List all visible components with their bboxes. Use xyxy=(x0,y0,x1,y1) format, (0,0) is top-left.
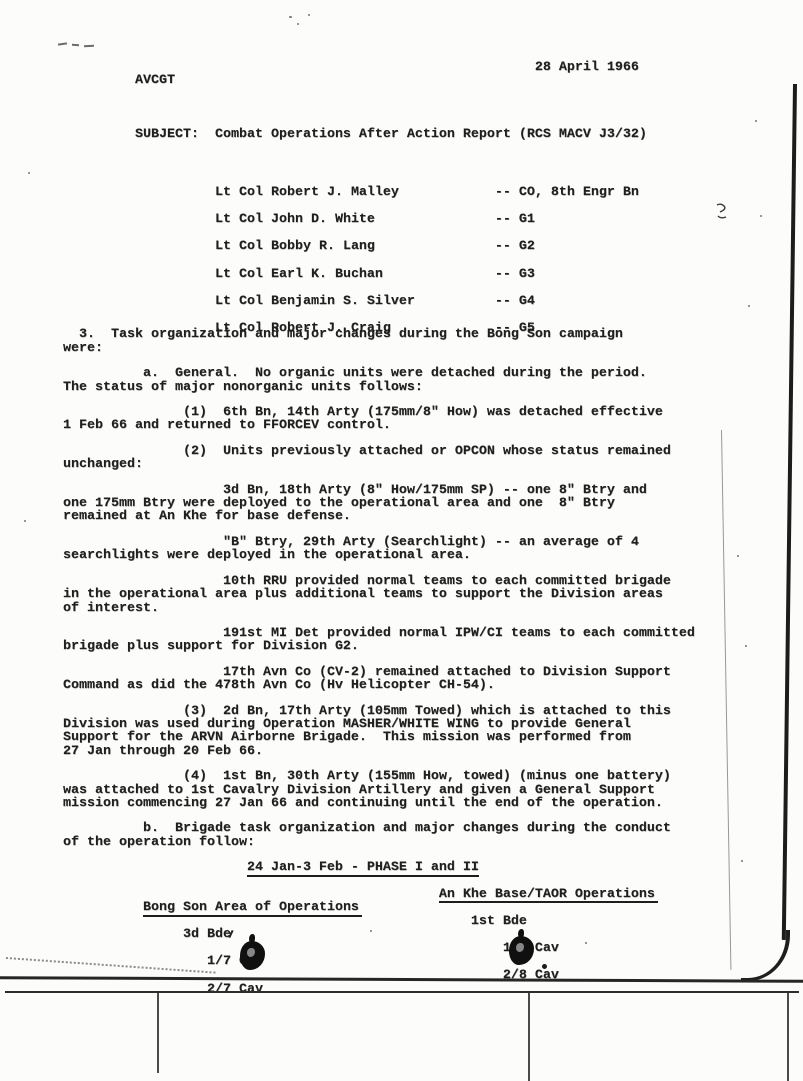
scan-speck xyxy=(28,172,30,174)
scan-speck xyxy=(745,645,747,647)
scan-speck xyxy=(755,120,757,122)
pencil-mark xyxy=(72,44,79,46)
paragraph-3d-bn-18th-arty: 3d Bn, 18th Arty (8" How/175mm SP) -- on… xyxy=(63,484,787,524)
paragraph-10th-rru: 10th RRU provided normal teams to each c… xyxy=(63,575,787,615)
paragraph-a-general: a. General. No organic units were detach… xyxy=(63,367,787,394)
next-page-vertical-line-2 xyxy=(528,993,530,1081)
table-cell: 3d Bde xyxy=(183,927,231,942)
next-page-vertical-line-3 xyxy=(787,993,789,1081)
scan-speck xyxy=(289,16,292,18)
subject-line: SUBJECT: Combat Operations After Action … xyxy=(63,115,787,155)
scan-speck xyxy=(585,942,587,944)
scan-speck xyxy=(748,305,750,307)
paragraph-3-2d-bn-17th-arty: (3) 2d Bn, 17th Arty (105mm Towed) which… xyxy=(63,705,787,759)
scan-speck xyxy=(308,14,310,16)
scan-speck xyxy=(370,930,372,932)
typed-document-body: AVCGT 28 April 1966 SUBJECT: Combat Oper… xyxy=(63,61,787,996)
next-page-vertical-line-1 xyxy=(157,993,159,1073)
scan-speck xyxy=(741,860,743,862)
pencil-mark xyxy=(84,45,94,48)
officer-role: -- G4 xyxy=(495,294,535,309)
column-header-an-khe: An Khe Base/TAOR Operations xyxy=(439,888,658,903)
table-row: 1/7 Cav 1/8 Cav xyxy=(63,942,787,969)
officer-row: Lt Col Bobby R. Lang-- G2 xyxy=(63,227,787,254)
scan-speck xyxy=(737,555,739,557)
officer-row: Lt Col Earl K. Buchan-- G3 xyxy=(63,254,787,281)
officer-row: Lt Col Benjamin S. Silver-- G4 xyxy=(63,281,787,308)
body-paragraphs: 3. Task organization and major changes d… xyxy=(63,328,787,849)
paragraph-2-units-opcon: (2) Units previously attached or OPCON w… xyxy=(63,445,787,472)
officer-role: -- CO, 8th Engr Bn xyxy=(495,185,639,200)
officer-role: -- G2 xyxy=(495,239,535,254)
officer-name: Lt Col Earl K. Buchan xyxy=(215,268,495,281)
paragraph-b-brigade-task-org: b. Brigade task organization and major c… xyxy=(63,822,787,849)
ink-dot xyxy=(542,964,547,969)
officer-name: Lt Col John D. White xyxy=(215,213,495,226)
pencil-mark xyxy=(58,42,67,45)
paragraph-4-1st-bn-30th-arty: (4) 1st Bn, 30th Arty (155mm How, towed)… xyxy=(63,770,787,810)
next-page-top-rule xyxy=(5,991,799,993)
scanned-document-page: AVCGT 28 April 1966 SUBJECT: Combat Oper… xyxy=(0,0,803,1081)
paragraph-task-organization: 3. Task organization and major changes d… xyxy=(63,328,787,355)
scan-speck xyxy=(24,520,26,522)
officer-name: Lt Col Bobby R. Lang xyxy=(215,240,495,253)
paragraph-1-6th-bn: (1) 6th Bn, 14th Arty (175mm/8" How) was… xyxy=(63,406,787,433)
scan-speck xyxy=(297,23,299,25)
officer-name: Lt Col Benjamin S. Silver xyxy=(215,295,495,308)
table-row: 3d Bde 1st Bde xyxy=(63,915,787,942)
officer-roster: Lt Col Robert J. Malley-- CO, 8th Engr B… xyxy=(63,173,787,336)
scan-speck xyxy=(760,215,762,217)
office-symbol: AVCGT xyxy=(135,73,175,88)
table-header-row: Bong Son Area of Operations An Khe Base/… xyxy=(63,888,787,915)
officer-role: -- G1 xyxy=(495,212,535,227)
phase-heading: 24 Jan-3 Feb - PHASE I and II xyxy=(247,861,787,876)
officer-row: Lt Col Robert J. Malley-- CO, 8th Engr B… xyxy=(63,173,787,200)
paragraph-191st-mi-det: 191st MI Det provided normal IPW/CI team… xyxy=(63,627,787,654)
table-cell: 1st Bde xyxy=(471,915,527,928)
paragraph-17th-avn-co: 17th Avn Co (CV-2) remained attached to … xyxy=(63,666,787,693)
officer-row: Lt Col John D. White-- G1 xyxy=(63,200,787,227)
table-cell: 2/7 Cav xyxy=(207,982,263,997)
pen-mark-right-margin xyxy=(714,202,730,226)
document-date: 28 April 1966 xyxy=(535,61,639,74)
subject-text: SUBJECT: Combat Operations After Action … xyxy=(135,127,647,142)
letterhead-line: AVCGT 28 April 1966 xyxy=(63,61,787,115)
paragraph-b-btry-29th-arty: "B" Btry, 29th Arty (Searchlight) -- an … xyxy=(63,536,787,563)
officer-role: -- G3 xyxy=(495,267,535,282)
officer-name: Lt Col Robert J. Malley xyxy=(215,186,495,199)
phase-heading-text: 24 Jan-3 Feb - PHASE I and II xyxy=(247,861,479,876)
